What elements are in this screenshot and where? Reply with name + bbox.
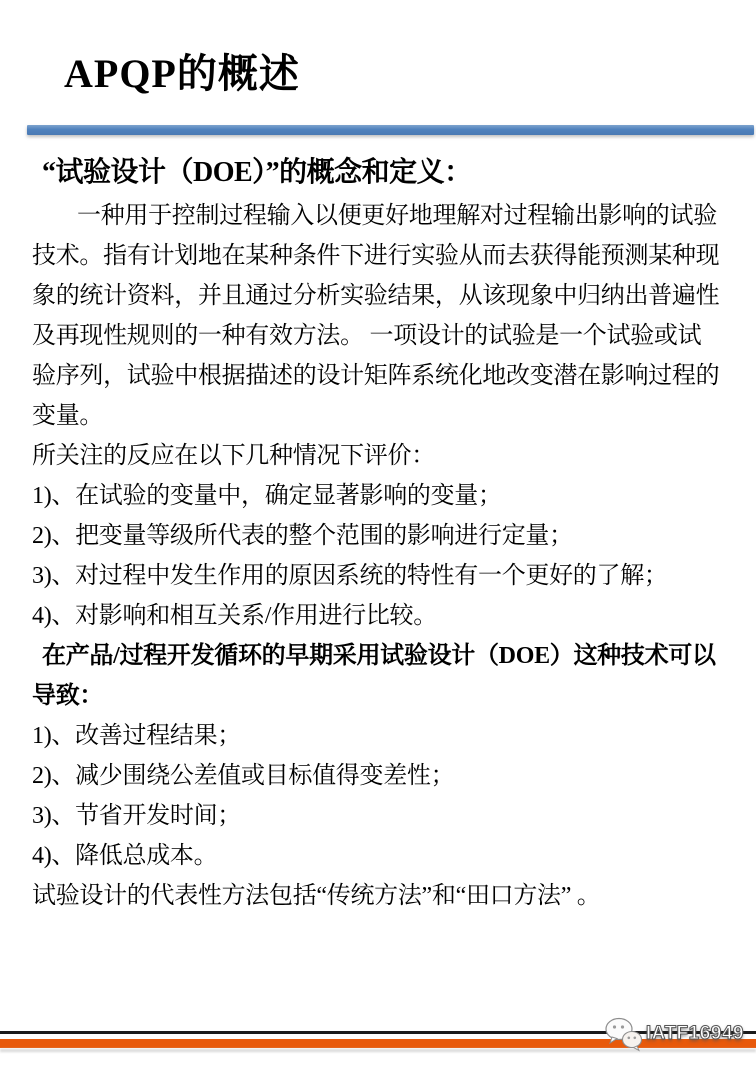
text-line: 变量。 [32,396,744,436]
list-item: 4)、降低总成本。 [32,836,744,876]
watermark-label: IATF16949 [646,1023,744,1045]
slide: APQP的概述 “试验设计（DOE）”的概念和定义： 一种用于控制过程输入以便更… [0,0,756,1070]
title-divider-bar [27,125,754,135]
list-item: 4)、对影响和相互关系/作用进行比较。 [32,596,744,636]
text-line: 象的统计资料，并且通过分析实验结果，从该现象中归纳出普遍性 [32,276,744,316]
page-title: APQP的概述 [64,42,300,99]
list-item: 3)、节省开发时间； [32,796,744,836]
section-heading: “试验设计（DOE）”的概念和定义： [42,150,744,196]
list-item: 2)、把变量等级所代表的整个范围的影响进行定量； [32,516,744,556]
text-line: 一种用于控制过程输入以便更好地理解对过程输出影响的试验 [32,196,744,236]
text-line: 及再现性规则的一种有效方法。 一项设计的试验是一个试验或试 [32,316,744,356]
text-line: 验序列，试验中根据描述的设计矩阵系统化地改变潜在影响过程的 [32,356,744,396]
wechat-icon [605,1016,643,1052]
list-item: 2)、减少围绕公差值或目标值得变差性； [32,756,744,796]
slide-body: “试验设计（DOE）”的概念和定义： 一种用于控制过程输入以便更好地理解对过程输… [32,150,744,916]
list-item: 1)、在试验的变量中，确定显著影响的变量； [32,476,744,516]
list-item: 1)、改善过程结果； [32,716,744,756]
text-line: 所关注的反应在以下几种情况下评价： [32,436,744,476]
watermark: IATF16949 [605,1016,744,1052]
subsection-heading: 在产品/过程开发循环的早期采用试验设计（DOE）这种技术可以 [32,636,744,676]
text-line: 技术。指有计划地在某种条件下进行实验从而去获得能预测某种现 [32,236,744,276]
subsection-heading: 导致： [32,676,744,716]
list-item: 3)、对过程中发生作用的原因系统的特性有一个更好的了解； [32,556,744,596]
text-line: 试验设计的代表性方法包括“传统方法”和“田口方法” 。 [32,876,744,916]
